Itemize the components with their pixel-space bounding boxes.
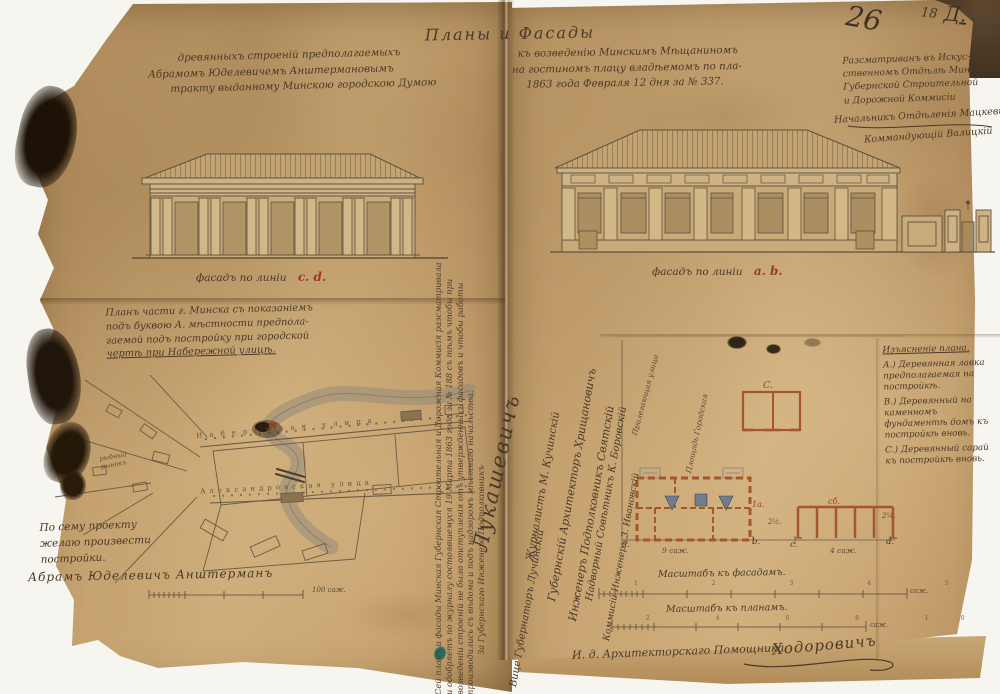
legend-item: В.) Деревянный на каменномъ фундаментѣ д…: [884, 394, 1000, 441]
plan-label-1a: 1а.: [752, 500, 764, 509]
facade-right-caption: фасадъ по линіи a. b.: [652, 264, 783, 278]
certification-line: производились съ вѣдома и подъ надзоромъ…: [465, 225, 476, 694]
facade-scale-unit: саж.: [910, 587, 928, 595]
caption-text: фасадъ по линіи: [652, 266, 743, 278]
plan-dimension-half: 2½.: [768, 518, 781, 526]
legend-item: А.) Деревянная лавка предполагаемая на п…: [883, 357, 1000, 393]
plan-corner-b: b.: [752, 537, 760, 547]
plan-corner-a: а.: [622, 540, 630, 550]
plan-dimension-shed: 4 саж.: [830, 546, 857, 555]
header-right-block: къ возведенію Минскимъ Мѣщаниномъ на гос…: [512, 43, 743, 94]
archive-number-small: 18: [920, 5, 938, 22]
map-note-block: Планъ части г. Минска съ показаніемъ под…: [105, 301, 314, 362]
archive-number-large: 26: [843, 0, 884, 38]
plan-label-c: C.: [763, 380, 773, 391]
caption-text: фасадъ по линіи: [196, 272, 287, 284]
plan-scale-caption: Масштабъ къ планамъ.: [666, 602, 788, 615]
plan-corner-c: c.: [790, 540, 797, 550]
header-left-block: древянныхъ строеній предполагаемыхъ Абра…: [147, 44, 436, 98]
caption-line-letters: a. b.: [754, 264, 783, 278]
owner-statement-block: По сему проекту желаю произвести построй…: [39, 516, 152, 568]
fold-certification-block: Сей планъ и фасады Минская Губернская Ст…: [433, 225, 487, 694]
scanned-archival-drawing: Планы и Фасады древянныхъ строеній предп…: [0, 0, 1000, 694]
plan-label-sb: сб.: [828, 497, 840, 506]
legend-title: Изъясненіе плана.: [882, 343, 998, 357]
caption-line-letters: c. d.: [298, 270, 326, 284]
certification-line: Сей планъ и фасады Минская Губернская Ст…: [433, 225, 444, 694]
facade-left-caption: фасадъ по линіи c. d.: [196, 270, 326, 284]
plan-dimension-main: 9 саж.: [662, 546, 689, 555]
plan-corner-d: d.: [886, 537, 894, 547]
review-note-block: Разсматриванъ въ Искус- ственномъ Отдѣлѣ…: [842, 49, 993, 107]
legend-item: С.) Деревянный сарай къ постройкѣ вновь.: [885, 442, 1000, 467]
legend-block: Изъясненіе плана. А.) Деревянная лавка п…: [882, 343, 1000, 472]
plan-dimension-quarter: 2¼.: [882, 512, 895, 520]
map-scale-bar: [145, 587, 310, 600]
certification-line: и одобряетъ по журналу состоявшемуся 19 …: [444, 225, 455, 694]
facade-left-drawing: [118, 128, 458, 293]
certification-line: За Губернскаго Инженера Подполковникъ: [476, 225, 487, 655]
map-scale-label: 100 саж.: [312, 586, 346, 594]
plan-scale-unit: саж.: [870, 621, 888, 629]
plan-scale-ticks: 2 4 6 8 10: [646, 615, 997, 622]
archive-monogram: Д.: [943, 1, 967, 27]
facade-scale-caption: Масштабъ къ фасадамъ.: [658, 567, 786, 580]
facade-scale-ticks: 1 2 3 4 5 6: [634, 580, 1000, 587]
certification-line: возведеніи строеній не было отступленія …: [455, 225, 466, 694]
